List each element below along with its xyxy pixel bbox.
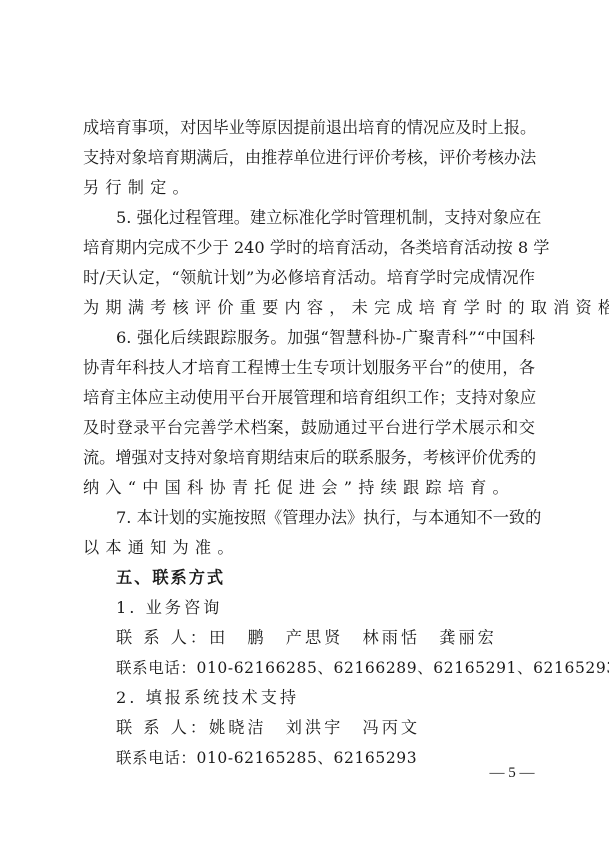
item-5-line: 培育期内完成不少于 240 学时的培育活动，各类培育活动按 8 学	[83, 233, 535, 263]
contact-phone-business: 联系电话：010-62166285、62166289、62165291、6216…	[116, 653, 535, 683]
contact-persons-tech: 联 系 人：姚晓洁 刘洪宇 冯丙文	[116, 713, 535, 743]
item-6-line: 培育主体应主动使用平台开展管理和培育组织工作；支持对象应	[83, 383, 535, 413]
item-7-line: 以本通知为准。	[83, 533, 535, 563]
item-5-line: 5. 强化过程管理。建立标准化学时管理机制，支持对象应在	[116, 203, 535, 233]
item-5-line: 为期满考核评价重要内容，未完成培育学时的取消资格。	[83, 293, 535, 323]
subsection-business-inquiry: 1. 业务咨询	[116, 593, 535, 623]
item-6-line: 流。增强对支持对象培育期结束后的联系服务，考核评价优秀的	[83, 443, 535, 473]
paragraph-line: 支持对象培育期满后，由推荐单位进行评价考核，评价考核办法	[83, 143, 535, 173]
paragraph-line: 另行制定。	[83, 173, 535, 203]
item-6-line: 协青年科技人才培育工程博士生专项计划服务平台”的使用，各	[83, 353, 535, 383]
page-number: — 5 —	[484, 760, 540, 786]
document-page: 成培育事项，对因毕业等原因提前退出培育的情况应及时上报。 支持对象培育期满后，由…	[0, 0, 609, 857]
section-heading-contact: 五、联系方式	[116, 563, 535, 593]
item-6-line: 纳入“中国科协青托促进会”持续跟踪培育。	[83, 473, 535, 503]
contact-phone-tech: 联系电话：010-62165285、62165293	[116, 743, 535, 773]
subsection-tech-support: 2. 填报系统技术支持	[116, 683, 535, 713]
item-5-line: 时/天认定，“领航计划”为必修培育活动。培育学时完成情况作	[83, 263, 535, 293]
contact-persons-business: 联 系 人：田 鹏 产思贤 林雨恬 龚丽宏	[116, 623, 535, 653]
item-6-line: 6. 强化后续跟踪服务。加强“智慧科协-广聚青科”“中国科	[116, 323, 535, 353]
paragraph-line: 成培育事项，对因毕业等原因提前退出培育的情况应及时上报。	[83, 113, 535, 143]
item-7-line: 7. 本计划的实施按照《管理办法》执行，与本通知不一致的	[116, 503, 535, 533]
item-6-line: 及时登录平台完善学术档案，鼓励通过平台进行学术展示和交	[83, 413, 535, 443]
